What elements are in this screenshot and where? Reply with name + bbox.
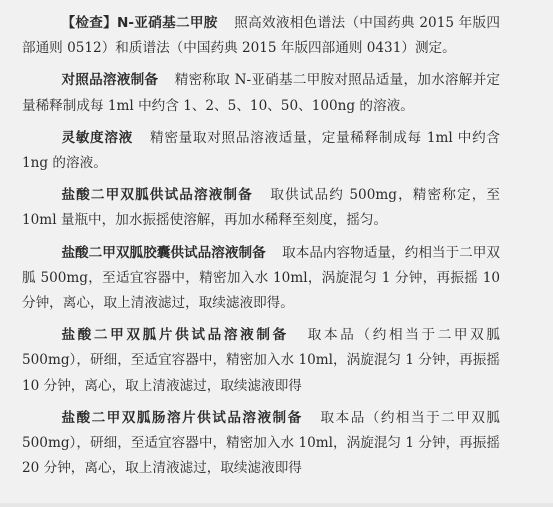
bottom-edge-divider bbox=[0, 503, 553, 507]
paragraph-inspection: 【检查】N-亚硝基二甲胺照高效液相色谱法（中国药典 2015 年版四部通则 05… bbox=[22, 11, 500, 61]
paragraph-capsule-sample: 盐酸二甲双胍胶囊供试品溶液制备取本品内容物适量，约相当于二甲双胍 500mg，至… bbox=[22, 241, 500, 317]
paragraph-metformin-sample: 盐酸二甲双胍供试品溶液制备取供试品约 500mg，精密称定，至 10ml 量瓶中… bbox=[22, 183, 500, 233]
paragraph-heading: 盐酸二甲双胍片供试品溶液制备 bbox=[61, 327, 288, 343]
paragraph-reference-solution: 对照品溶液制备精密称取 N-亚硝基二甲胺对照品适量，加水溶解并定量稀释制成每 1… bbox=[22, 68, 500, 118]
paragraph-heading: 灵敏度溶液 bbox=[61, 130, 133, 146]
paragraph-heading: 盐酸二甲双胍供试品溶液制备 bbox=[61, 187, 252, 203]
paragraph-enteric-tablet-sample: 盐酸二甲双胍肠溶片供试品溶液制备取本品（约相当于二甲双胍 500mg），研细，至… bbox=[22, 406, 500, 482]
paragraph-sensitivity-solution: 灵敏度溶液精密量取对照品溶液适量，定量稀释制成每 1ml 中约含 1ng 的溶液… bbox=[22, 126, 500, 176]
document-body: 【检查】N-亚硝基二甲胺照高效液相色谱法（中国药典 2015 年版四部通则 05… bbox=[22, 11, 500, 488]
paragraph-heading: 盐酸二甲双胍肠溶片供试品溶液制备 bbox=[61, 410, 302, 426]
paragraph-tablet-sample: 盐酸二甲双胍片供试品溶液制备取本品（约相当于二甲双胍 500mg），研细，至适宜… bbox=[22, 323, 500, 399]
paragraph-heading: 盐酸二甲双胍胶囊供试品溶液制备 bbox=[61, 245, 265, 261]
paragraph-heading: 【检查】N-亚硝基二甲胺 bbox=[61, 15, 217, 31]
paragraph-heading: 对照品溶液制备 bbox=[61, 72, 158, 88]
